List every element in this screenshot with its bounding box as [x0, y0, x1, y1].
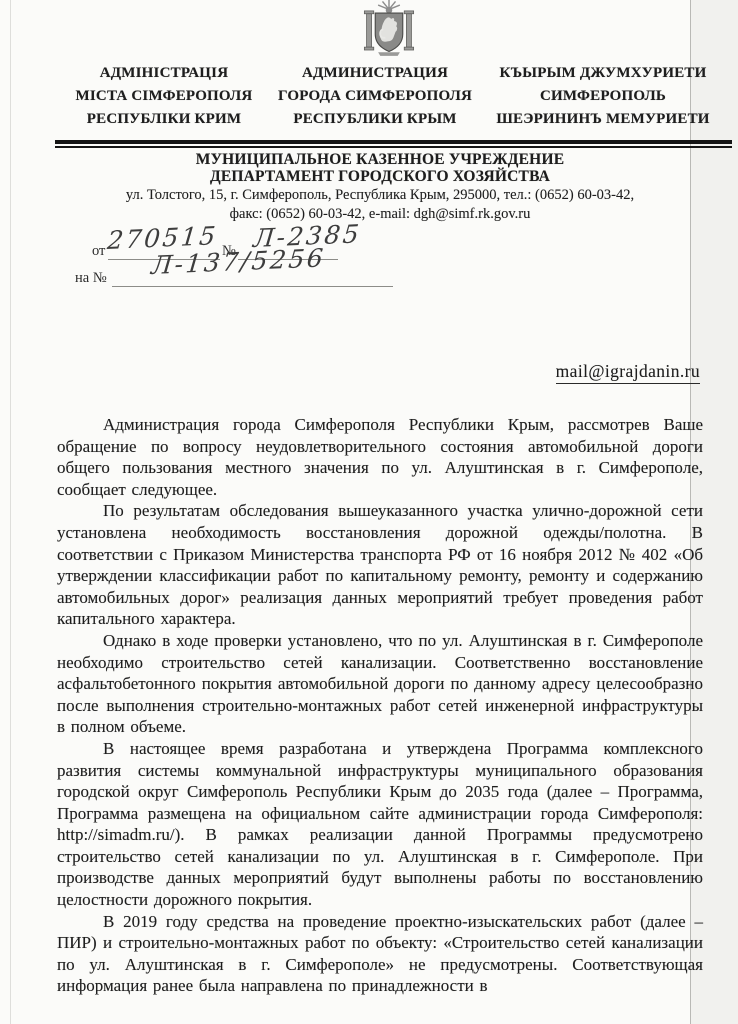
body-paragraph: Однако в ходе проверки установлено, что …: [57, 630, 703, 738]
scanned-letter-page: АДМІНІСТРАЦІЯ МІСТА СІМФЕРОПОЛЯ РЕСПУБЛІ…: [0, 0, 738, 1024]
body-paragraph: В настоящее время разработана и утвержде…: [57, 738, 703, 911]
org-name-russian: АДМИНИСТРАЦИЯ ГОРОДА СИМФЕРОПОЛЯ РЕСПУБЛ…: [272, 62, 478, 131]
recipient-email: mail@igrajdanin.ru: [556, 361, 700, 384]
org-name-line: СИМФЕРОПОЛЬ: [478, 85, 728, 108]
org-name-line: РЕСПУБЛИКИ КРЫМ: [272, 108, 478, 131]
institution-address-line1: ул. Толстого, 15, г. Симферополь, Респуб…: [30, 186, 730, 204]
org-name-crimean-tatar: КЪЫРЫМ ДЖУМХУРИЕТИ СИМФЕРОПОЛЬ ШЕЭРИНИНЪ…: [478, 62, 728, 131]
ref-underline: [112, 286, 393, 287]
reply-label: на №: [75, 270, 107, 287]
org-name-line: ШЕЭРИНИНЪ МЕМУРИЕТИ: [478, 108, 728, 131]
body-paragraph: В 2019 году средства на проведение проек…: [57, 911, 703, 997]
institution-address-line2: факс: (0652) 60-03-42, e-mail: dgh@simf.…: [30, 205, 730, 223]
letterhead-divider-thick: [55, 140, 732, 144]
body-paragraph: По результатам обследования вышеуказанно…: [57, 500, 703, 630]
institution-block: МУНИЦИПАЛЬНОЕ КАЗЕННОЕ УЧРЕЖДЕНИЕ ДЕПАРТ…: [30, 151, 730, 223]
scan-edge-artifact: [10, 0, 11, 1024]
from-label: от: [92, 243, 105, 260]
body-paragraph: Администрация города Симферополя Республ…: [57, 414, 703, 500]
org-name-line: АДМИНИСТРАЦИЯ: [272, 62, 478, 85]
org-name-line: ГОРОДА СИМФЕРОПОЛЯ: [272, 85, 478, 108]
institution-name-line1: МУНИЦИПАЛЬНОЕ КАЗЕННОЕ УЧРЕЖДЕНИЕ: [30, 151, 730, 168]
org-name-line: АДМІНІСТРАЦІЯ: [58, 62, 270, 85]
letter-body: Администрация города Симферополя Республ…: [57, 414, 703, 997]
institution-name-line2: ДЕПАРТАМЕНТ ГОРОДСКОГО ХОЗЯЙСТВА: [30, 168, 730, 185]
org-name-line: КЪЫРЫМ ДЖУМХУРИЕТИ: [478, 62, 728, 85]
org-name-line: РЕСПУБЛІКИ КРИМ: [58, 108, 270, 131]
org-name-line: МІСТА СІМФЕРОПОЛЯ: [58, 85, 270, 108]
crimea-coat-of-arms-icon: [352, 0, 426, 58]
org-name-ukrainian: АДМІНІСТРАЦІЯ МІСТА СІМФЕРОПОЛЯ РЕСПУБЛІ…: [58, 62, 270, 131]
letterhead-divider-thin: [55, 146, 732, 148]
